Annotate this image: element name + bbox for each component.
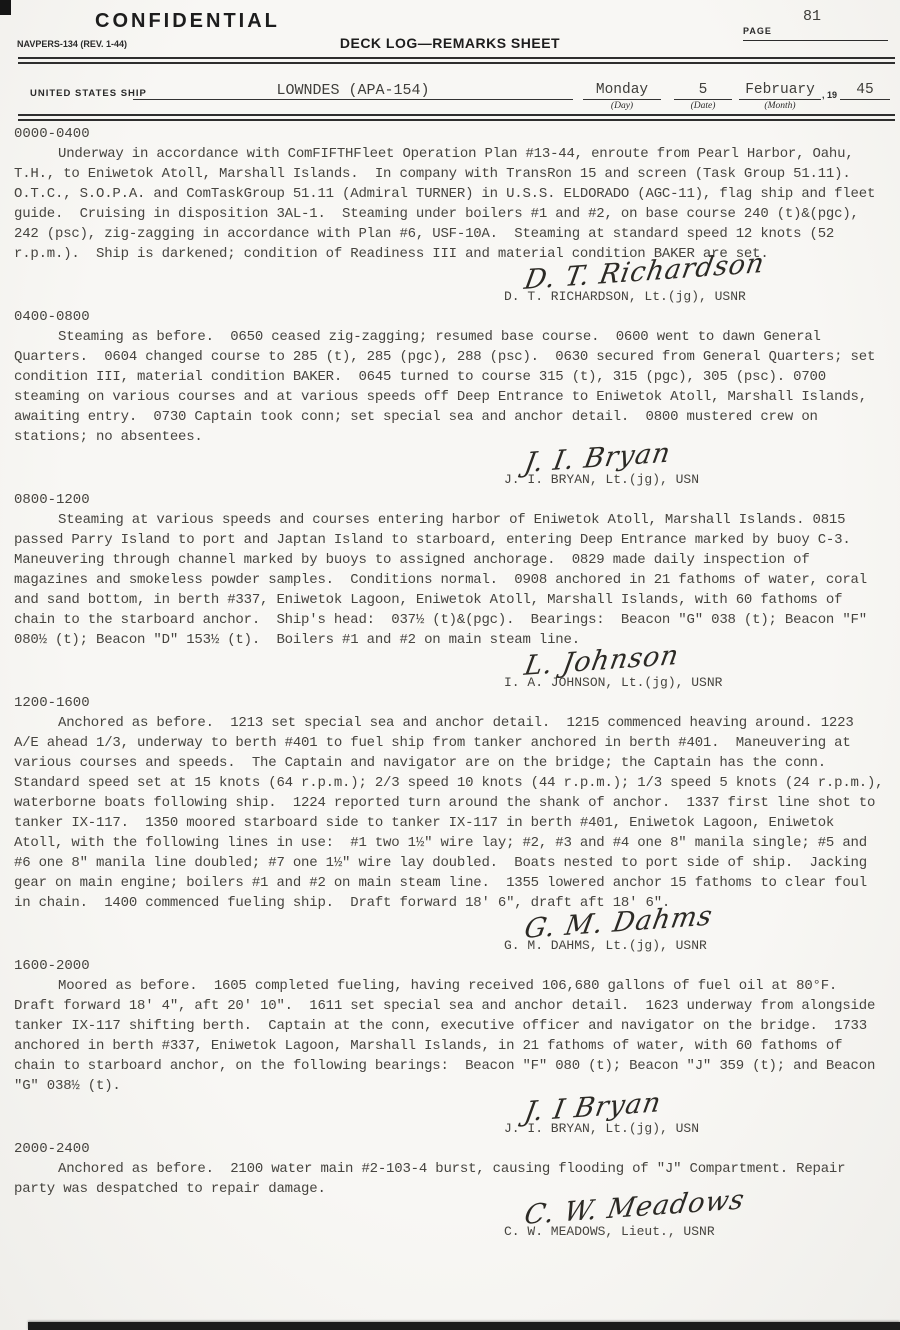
scan-artifact-corner <box>0 0 11 15</box>
date-day-field: Monday (Day) <box>583 82 661 111</box>
log-entries: 0000-0400 Underway in accordance with Co… <box>14 124 884 1242</box>
ship-label: UNITED STATES SHIP <box>30 88 147 99</box>
header-rule <box>18 57 895 64</box>
day-label: (Day) <box>583 101 661 111</box>
header-rule-bottom <box>18 114 895 121</box>
entry-text: Anchored as before. 1213 set special sea… <box>14 713 884 913</box>
signature-block: D. T. Richardson D. T. RICHARDSON, Lt.(j… <box>504 266 894 305</box>
watch-period: 1200-1600 <box>14 693 884 713</box>
watch-period: 1600-2000 <box>14 956 884 976</box>
date-label: (Date) <box>674 101 732 111</box>
deck-log-page: CONFIDENTIAL 81 PAGE NAVPERS-134 (REV. 1… <box>0 0 900 1330</box>
date-value: 5 <box>674 82 732 100</box>
ship-name: LOWNDES (APA-154) <box>133 82 573 99</box>
signature-block: J. I. Bryan J. I. BRYAN, Lt.(jg), USN <box>504 449 894 488</box>
entry-text: Moored as before. 1605 completed fueling… <box>14 976 884 1096</box>
month-value: February <box>739 82 821 100</box>
signature-block: L. Johnson I. A. JOHNSON, Lt.(jg), USNR <box>504 652 894 691</box>
entry-text: Steaming at various speeds and courses e… <box>14 510 884 650</box>
signature-block: J. I Bryan J. I. BRYAN, Lt.(jg), USN <box>504 1098 894 1137</box>
day-value: Monday <box>583 82 661 100</box>
entry-text: Underway in accordance with ComFIFTHFlee… <box>14 144 884 264</box>
year-value: 45 <box>840 82 890 100</box>
year-prefix: , 19 <box>822 90 837 100</box>
log-entry-0800-1200: 0800-1200 Steaming at various speeds and… <box>14 490 884 691</box>
signature-block: G. M. Dahms G. M. DAHMS, Lt.(jg), USNR <box>504 915 894 954</box>
log-entry-0000-0400: 0000-0400 Underway in accordance with Co… <box>14 124 884 305</box>
log-entry-0400-0800: 0400-0800 Steaming as before. 0650 cease… <box>14 307 884 488</box>
watch-period: 0400-0800 <box>14 307 884 327</box>
watch-period: 2000-2400 <box>14 1139 884 1159</box>
log-entry-1600-2000: 1600-2000 Moored as before. 1605 complet… <box>14 956 884 1137</box>
log-entry-2000-2400: 2000-2400 Anchored as before. 2100 water… <box>14 1139 884 1240</box>
date-month-field: February (Month) <box>739 82 821 111</box>
classification-stamp: CONFIDENTIAL <box>95 10 280 33</box>
ship-name-underline <box>133 99 573 100</box>
watch-period: 0800-1200 <box>14 490 884 510</box>
document-title: DECK LOG—REMARKS SHEET <box>0 35 900 51</box>
date-date-field: 5 (Date) <box>674 82 732 111</box>
scan-artifact-bottom-bar <box>28 1322 900 1330</box>
log-entry-1200-1600: 1200-1600 Anchored as before. 1213 set s… <box>14 693 884 954</box>
entry-text: Steaming as before. 0650 ceased zig-zagg… <box>14 327 884 447</box>
signature-block: C. W. Meadows C. W. MEADOWS, Lieut., USN… <box>504 1201 894 1240</box>
month-label: (Month) <box>739 101 821 111</box>
watch-period: 0000-0400 <box>14 124 884 144</box>
